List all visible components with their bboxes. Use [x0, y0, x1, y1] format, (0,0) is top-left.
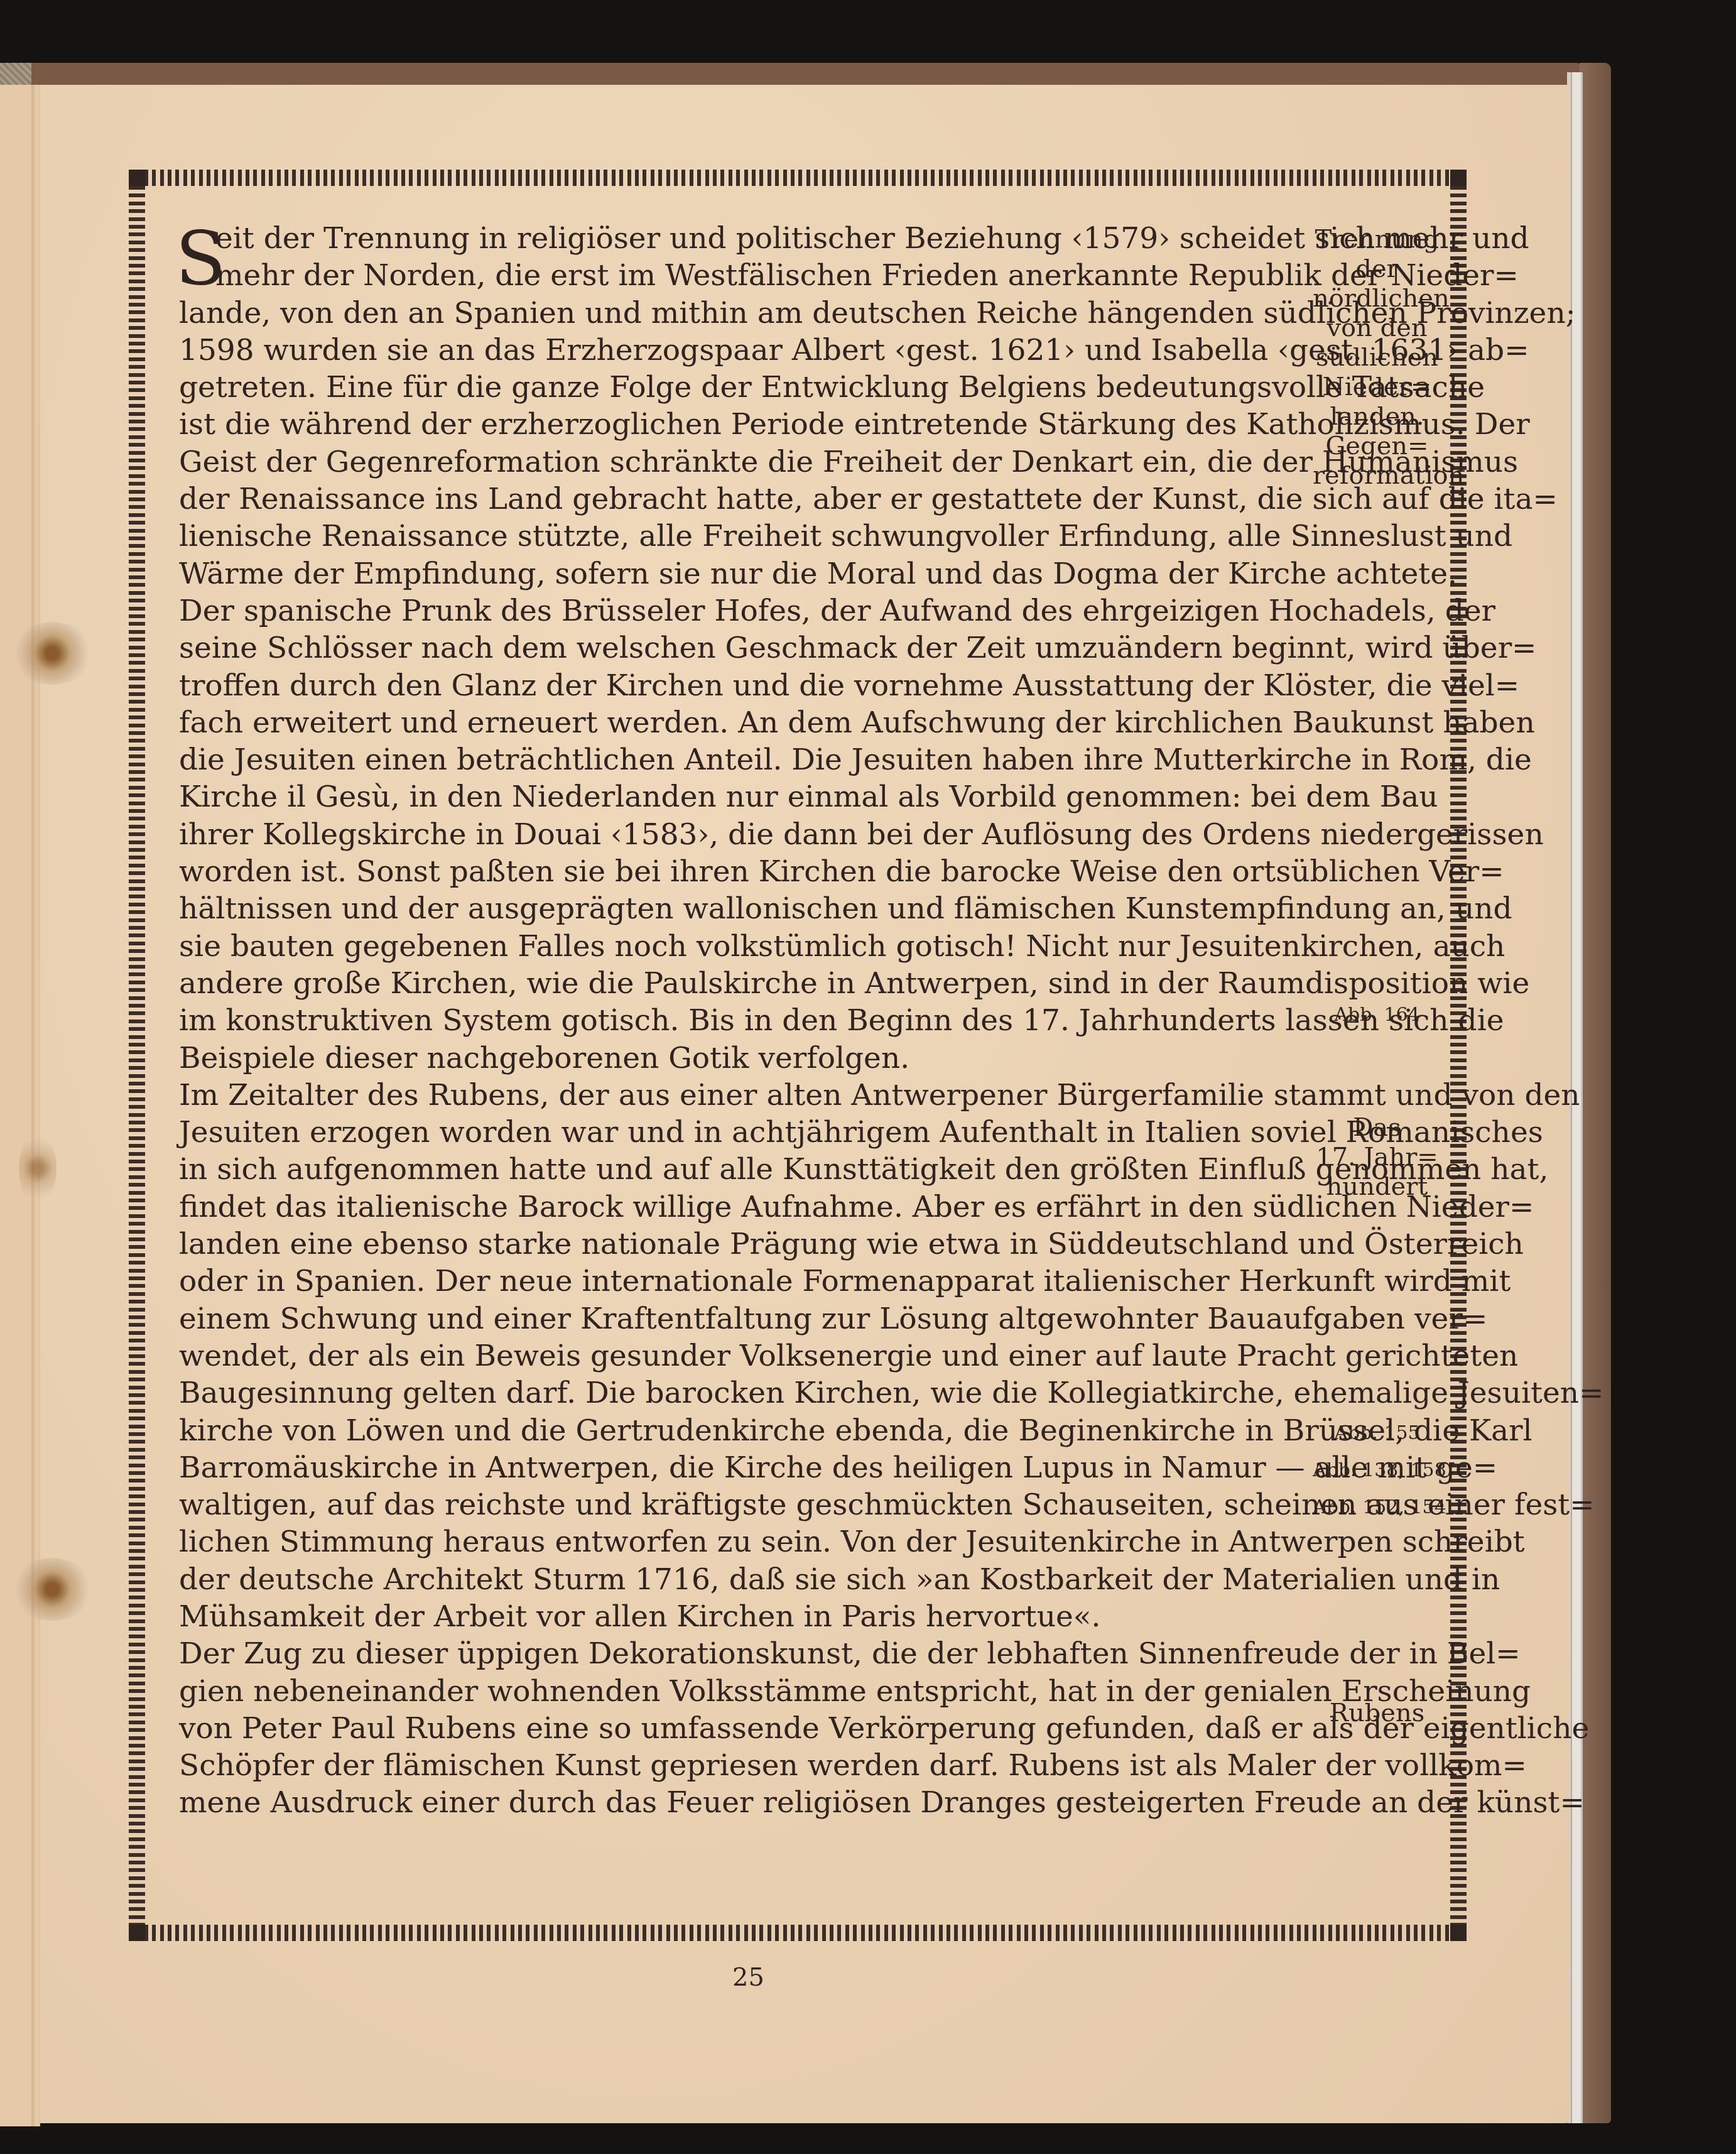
frame-left-rule [129, 186, 145, 1925]
text-line: ihrer Kollegskirche in Douai ‹1583›, die… [179, 816, 1306, 853]
text-line: die Jesuiten einen beträchtlichen Anteil… [179, 741, 1306, 778]
text-line: lichen Stimmung heraus entworfen zu sein… [179, 1523, 1306, 1560]
margin-note-abb-152-154: Abb. 152, 154 [1313, 1493, 1441, 1522]
margin-note-line: 17. Jahr= [1313, 1143, 1441, 1172]
text-line: oder in Spanien. Der neue internationale… [179, 1263, 1306, 1300]
text-line: mene Ausdruck einer durch das Feuer reli… [179, 1784, 1306, 1821]
text-line: in sich aufgenommen hatte und auf alle K… [179, 1151, 1306, 1188]
page-number: 25 [732, 1963, 764, 1992]
margin-note-line: Abb. 164 [1313, 1000, 1441, 1030]
book-cover-top-edge [31, 63, 1583, 88]
margin-note-line: hundert [1313, 1172, 1441, 1202]
text-line: troffen durch den Glanz der Kirchen und … [179, 667, 1306, 704]
margin-note-trennung: Trennungdernördlichenvon densüdlichenNie… [1313, 225, 1441, 491]
text-line: Der Zug zu dieser üppigen Dekorationskun… [179, 1635, 1306, 1672]
text-line: einem Schwung und einer Kraftentfaltung … [179, 1300, 1306, 1337]
text-line: Schöpfer der flämischen Kunst gepriesen … [179, 1747, 1306, 1784]
text-line: 1598 wurden sie an das Erzherzogspaar Al… [179, 332, 1306, 369]
text-line: ist die während der erzherzoglichen Peri… [179, 406, 1306, 443]
text-line: Im Zeitalter des Rubens, der aus einer a… [179, 1077, 1306, 1114]
margin-note-line: landen. [1313, 402, 1441, 432]
frame-corner-bl [129, 1925, 145, 1941]
text-line: der Renaissance ins Land gebracht hatte,… [179, 481, 1306, 518]
frame-corner-tl [129, 170, 145, 186]
text-line: Baugesinnung gelten darf. Die barocken K… [179, 1374, 1306, 1412]
margin-note-line: der [1313, 254, 1441, 284]
paragraph-3: Der Zug zu dieser üppigen Dekorationskun… [179, 1635, 1306, 1821]
text-line: eit der Trennung in religiöser und polit… [179, 220, 1306, 257]
text-line: Geist der Gegenreformation schränkte die… [179, 443, 1306, 481]
rust-stain-2 [11, 1558, 93, 1621]
text-line: lienische Renaissance stützte, alle Frei… [179, 518, 1306, 555]
text-line: worden ist. Sonst paßten sie bei ihren K… [179, 853, 1306, 890]
margin-note-line: Gegen= [1313, 432, 1441, 461]
text-line: Der spanische Prunk des Brüsseler Hofes,… [179, 592, 1306, 629]
margin-note-rubens: Rubens [1313, 1699, 1441, 1728]
margin-note-line: Rubens [1313, 1699, 1441, 1728]
frame-corner-tr [1450, 170, 1467, 186]
text-line: Mühsamkeit der Arbeit vor allen Kirchen … [179, 1598, 1306, 1635]
margin-note-line: von den [1313, 313, 1441, 343]
margin-note-17-jahrhundert: Das17. Jahr=hundert [1313, 1113, 1441, 1202]
margin-note-abb-138-158: Abb. 138, 158 [1313, 1455, 1441, 1485]
text-line: der deutsche Architekt Sturm 1716, daß s… [179, 1561, 1306, 1598]
text-line: von Peter Paul Rubens eine so umfassende… [179, 1710, 1306, 1747]
text-line: wendet, der als ein Beweis gesunder Volk… [179, 1337, 1306, 1374]
paragraph-1: eit der Trennung in religiöser und polit… [179, 220, 1306, 1077]
gutter-crease [31, 85, 40, 2126]
text-line: Kirche il Gesù, in den Niederlanden nur … [179, 778, 1306, 815]
margin-note-abb-155: Abb. 155 [1313, 1418, 1441, 1448]
margin-note-line: Abb. 152, 154 [1313, 1493, 1441, 1522]
text-line: lande, von den an Spanien und mithin am … [179, 295, 1306, 332]
text-line: seine Schlösser nach dem welschen Geschm… [179, 629, 1306, 666]
text-line: gien nebeneinander wohnenden Volksstämme… [179, 1673, 1306, 1710]
margin-note-line: Abb. 138, 158 [1313, 1455, 1441, 1485]
rust-stain-3 [19, 1131, 57, 1206]
margin-note-line: Das [1313, 1113, 1441, 1143]
text-line: kirche von Löwen und die Gertrudenkirche… [179, 1412, 1306, 1449]
frame-corner-br [1450, 1925, 1467, 1941]
rust-stain-1 [11, 622, 93, 685]
frame-bottom-rule [129, 1925, 1467, 1941]
text-line: andere große Kirchen, wie die Paulskirch… [179, 965, 1306, 1002]
body-text: S eit der Trennung in religiöser und pol… [179, 220, 1306, 1822]
text-line: im konstruktiven System gotisch. Bis in … [179, 1002, 1306, 1039]
margin-note-line: Abb. 155 [1313, 1418, 1441, 1448]
text-line: Beispiele dieser nachgeborenen Gotik ver… [179, 1040, 1306, 1077]
text-line: sie bauten gegebenen Falles noch volkstü… [179, 928, 1306, 965]
margin-note-abb-164: Abb. 164 [1313, 1000, 1441, 1030]
text-line: hältnissen und der ausgeprägten wallonis… [179, 890, 1306, 927]
text-line: findet das italienische Barock willige A… [179, 1189, 1306, 1226]
frame-top-rule [129, 170, 1467, 186]
text-line: landen eine ebenso starke nationale Präg… [179, 1226, 1306, 1263]
margin-note-line: Nieder= [1313, 373, 1441, 402]
text-line: waltigen, auf das reichste und kräftigst… [179, 1486, 1306, 1523]
margin-note-line: reformation [1313, 461, 1441, 491]
margin-note-line: südlichen [1313, 343, 1441, 373]
text-line: fach erweitert und erneuert werden. An d… [179, 704, 1306, 741]
text-line: Wärme der Empfindung, sofern sie nur die… [179, 555, 1306, 592]
margin-note-line: nördlichen [1313, 284, 1441, 313]
drop-cap: S [175, 221, 226, 295]
text-line: Barromäuskirche in Antwerpen, die Kirche… [179, 1449, 1306, 1486]
paragraph-2: Im Zeitalter des Rubens, der aus einer a… [179, 1077, 1306, 1635]
text-line: mehr der Norden, die erst im Westfälisch… [179, 257, 1306, 294]
text-line: getreten. Eine für die ganze Folge der E… [179, 369, 1306, 406]
margin-note-line: Trennung [1313, 225, 1441, 254]
text-line: Jesuiten erzogen worden war und in achtj… [179, 1114, 1306, 1151]
